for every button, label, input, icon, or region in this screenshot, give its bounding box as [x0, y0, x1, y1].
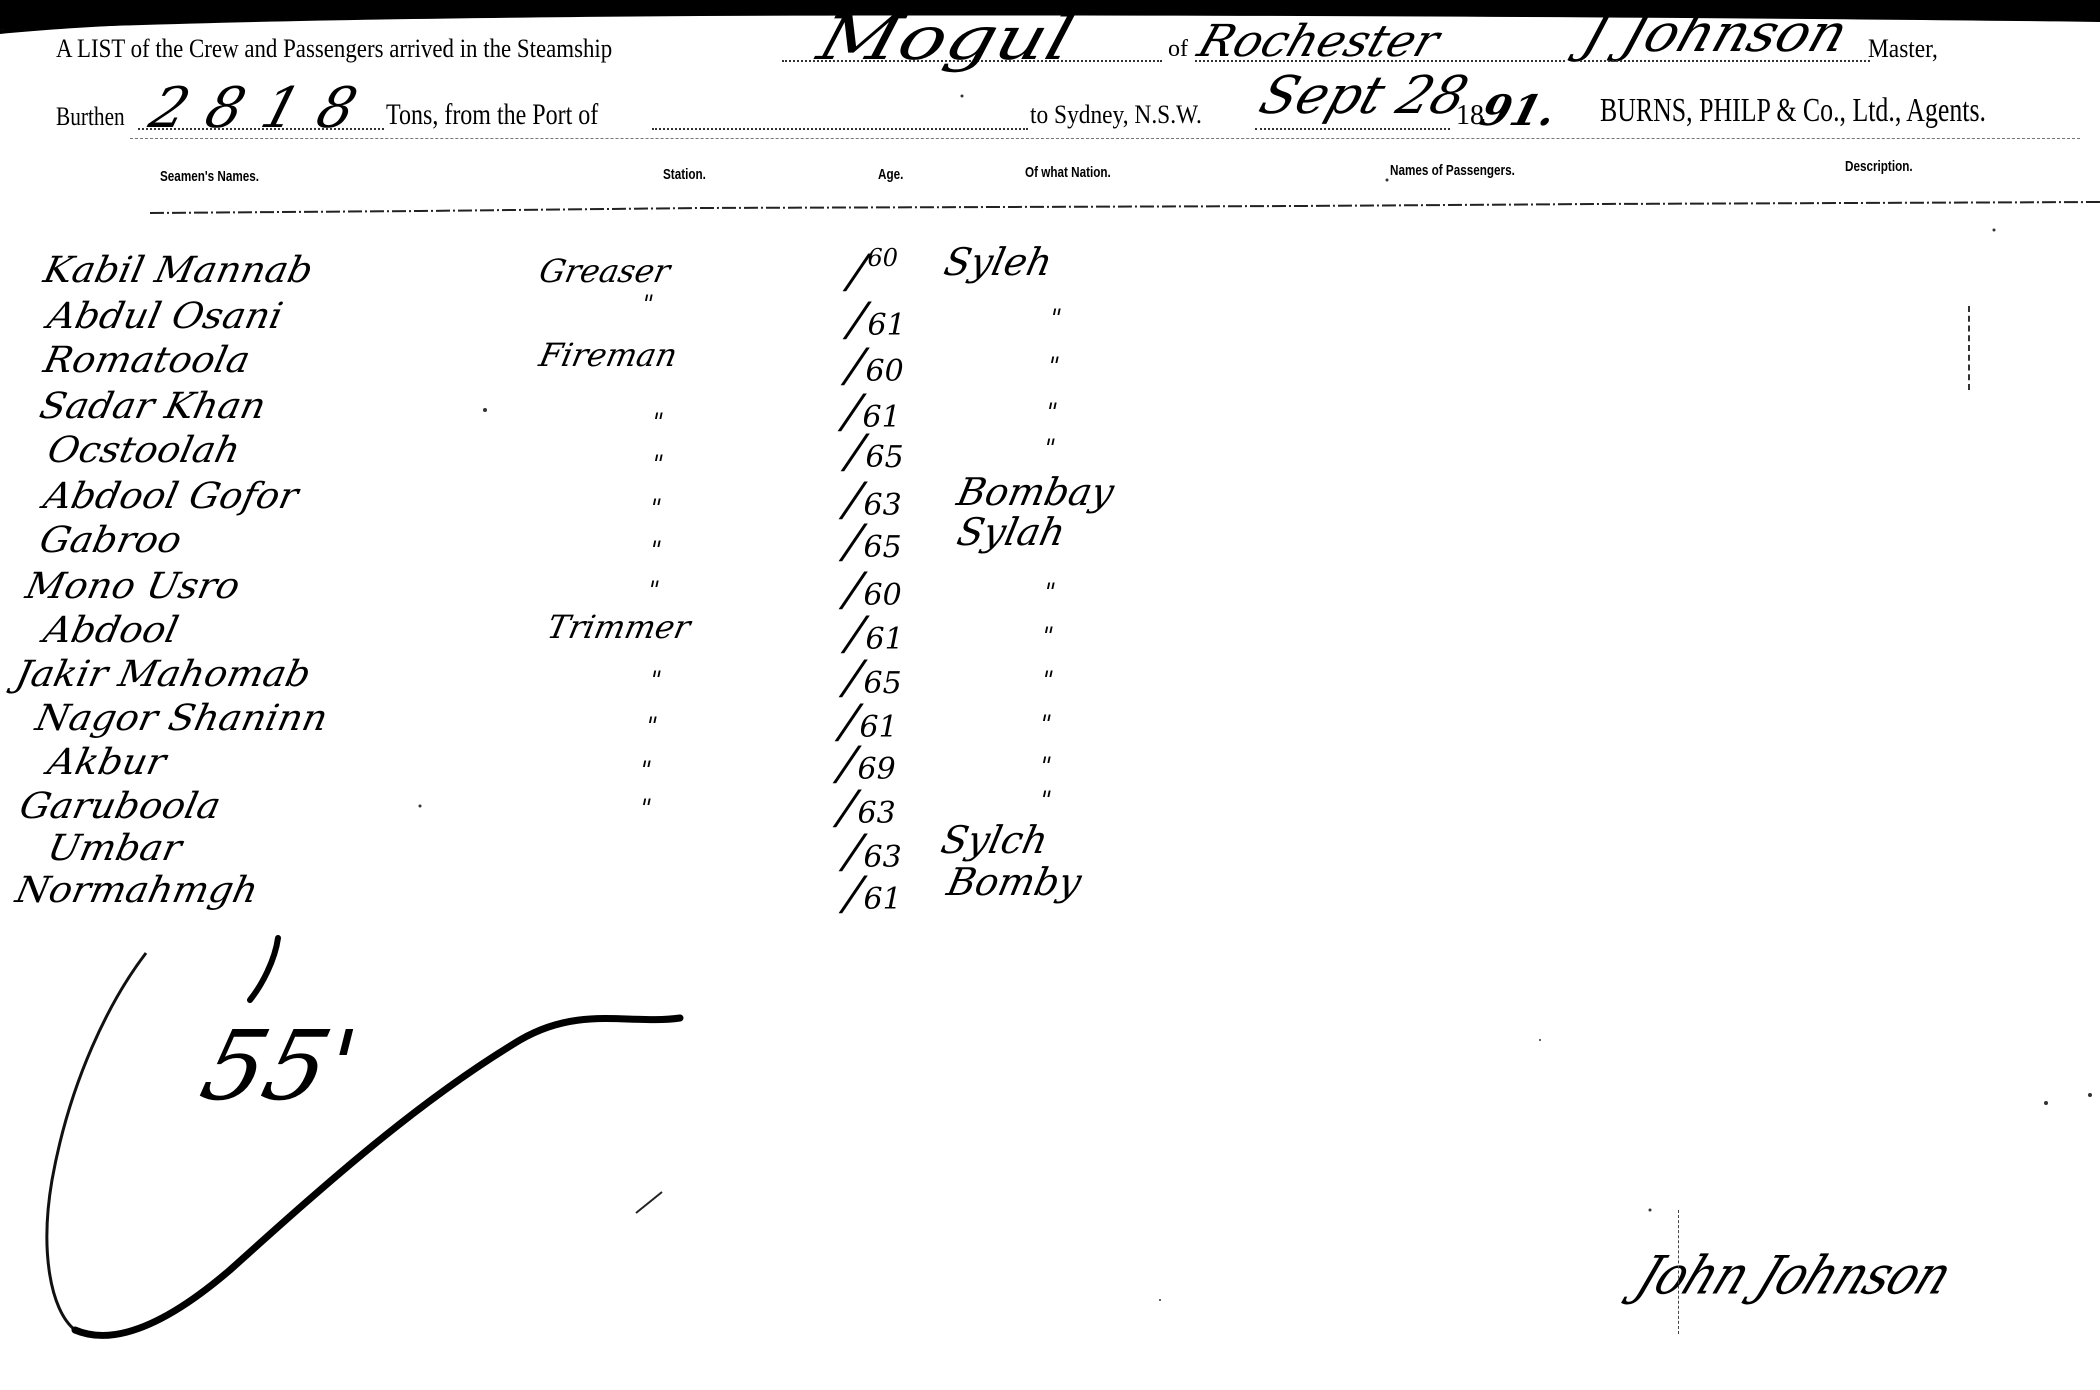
seaman-name: Abdul Osani	[44, 296, 286, 337]
seaman-name: Akbur	[44, 742, 170, 783]
seaman-station: "	[647, 536, 664, 564]
seaman-nation: Syleh	[940, 240, 1056, 284]
crew-row: Sadar Khan " /61 "	[0, 386, 1200, 426]
seaman-station: "	[637, 794, 654, 822]
seaman-nation: "	[1041, 434, 1058, 462]
crew-row: Abdool Trimmer /61 "	[0, 610, 1200, 650]
right-margin-tick	[1968, 306, 1970, 390]
seaman-nation: Bombay	[953, 470, 1118, 514]
tally-total-mark: 55'	[191, 1010, 367, 1122]
seaman-name: Jakir Mahomab	[12, 654, 314, 695]
seaman-age: /60	[850, 244, 898, 298]
column-header-description: Description.	[1845, 158, 1913, 175]
seaman-station: Greaser	[536, 252, 674, 290]
seaman-name: Romatoola	[40, 340, 254, 381]
seaman-nation: "	[1039, 622, 1056, 650]
seaman-nation: "	[1043, 398, 1060, 426]
column-header-age: Age.	[878, 166, 903, 183]
seaman-age: /65	[848, 424, 904, 478]
seaman-age: /65	[846, 514, 902, 568]
year-suffix-field: 91.	[1475, 86, 1561, 135]
seaman-age: /61	[846, 866, 902, 920]
burthen-tonnage-field: 2818	[143, 76, 384, 141]
seaman-name: Normahmgh	[12, 870, 262, 911]
seaman-nation: "	[1037, 786, 1054, 814]
seaman-nation: Sylah	[953, 510, 1069, 554]
crew-row: Romatoola Fireman /60 "	[0, 340, 1200, 380]
seaman-age-value: 65	[866, 440, 904, 475]
seaman-name: Sadar Khan	[36, 386, 269, 427]
crew-row: Akbur " /69 "	[0, 742, 1200, 782]
crew-row: Mono Usro " /60 "	[0, 566, 1200, 606]
crew-row: Jakir Mahomab " /65 "	[0, 654, 1200, 694]
of-label: of	[1168, 36, 1188, 63]
seaman-name: Umbar	[44, 828, 185, 869]
column-header-station: Station.	[663, 166, 706, 183]
tons-from-port-label: Tons, from the Port of	[386, 98, 598, 132]
seaman-station: "	[649, 450, 666, 478]
seaman-station: Trimmer	[544, 608, 694, 646]
seaman-name: Gabroo	[36, 520, 185, 561]
crew-passenger-list-document: A LIST of the Crew and Passengers arrive…	[0, 0, 2100, 1390]
seaman-name: Nagor Shaninn	[32, 698, 331, 739]
date-dotted-line	[1255, 128, 1450, 130]
header-faint-rule	[130, 138, 2080, 139]
master-label: Master,	[1868, 34, 1938, 64]
signature-margin-tick	[1678, 1210, 1679, 1334]
tally-swoosh-stroke	[0, 0, 2100, 1390]
column-header-nation: Of what Nation.	[1025, 164, 1111, 181]
seaman-nation: "	[1047, 304, 1064, 332]
seaman-station: "	[637, 756, 654, 784]
scan-noise-specks	[0, 0, 2100, 1390]
arrival-date-field: Sept 28	[1252, 66, 1475, 126]
seaman-nation: "	[1037, 752, 1054, 780]
seaman-age-value: 65	[864, 530, 902, 565]
seaman-nation: "	[1039, 666, 1056, 694]
to-sydney-label: to Sydney, N.S.W.	[1030, 100, 1202, 130]
seaman-name: Abdool	[40, 610, 182, 651]
crew-row: Nagor Shaninn " /61 "	[0, 698, 1200, 738]
seaman-name: Ocstoolah	[44, 430, 244, 471]
burthen-label: Burthen	[56, 102, 125, 132]
crew-row: Abdul Osani " /61 "	[0, 296, 1200, 336]
seaman-station: "	[643, 712, 660, 740]
seaman-name: Abdool Gofor	[40, 476, 302, 517]
seaman-station: "	[647, 494, 664, 522]
from-port-dotted-line	[652, 128, 1028, 130]
port-of-registry-field: Rochester	[1192, 16, 1446, 67]
crew-row: Kabil Mannab Greaser /60 Syleh	[0, 250, 1200, 290]
column-header-seamen-names: Seamen's Names.	[160, 168, 259, 185]
seaman-nation: "	[1037, 710, 1054, 738]
crew-row: Normahmgh /61 Bomby	[0, 870, 1200, 910]
seaman-station: Fireman	[536, 336, 681, 374]
column-header-passenger-names: Names of Passengers.	[1390, 162, 1515, 179]
seaman-nation: "	[1045, 352, 1062, 380]
seaman-station: "	[645, 576, 662, 604]
seaman-nation: "	[1041, 578, 1058, 606]
master-name-field: J Johnson	[1575, 4, 1855, 64]
master-dotted-line	[1580, 60, 1870, 62]
list-title-text: A LIST of the Crew and Passengers arrive…	[56, 34, 612, 64]
steamship-name-field: Mogul	[811, 4, 1082, 74]
seaman-station: "	[639, 290, 656, 318]
agents-label: BURNS, PHILP & Co., Ltd., Agents.	[1600, 92, 1986, 130]
crew-row: Gabroo " /65 Sylah	[0, 520, 1200, 560]
seaman-age-value: 61	[864, 882, 902, 917]
seaman-name: Kabil Mannab	[40, 250, 317, 291]
seaman-nation: Bomby	[943, 860, 1085, 904]
seaman-name: Garuboola	[16, 786, 224, 827]
crew-row: Ocstoolah " /65 "	[0, 430, 1200, 470]
seaman-station: "	[647, 666, 664, 694]
seaman-nation: Sylch	[937, 818, 1052, 862]
seaman-name: Mono Usro	[22, 566, 243, 607]
